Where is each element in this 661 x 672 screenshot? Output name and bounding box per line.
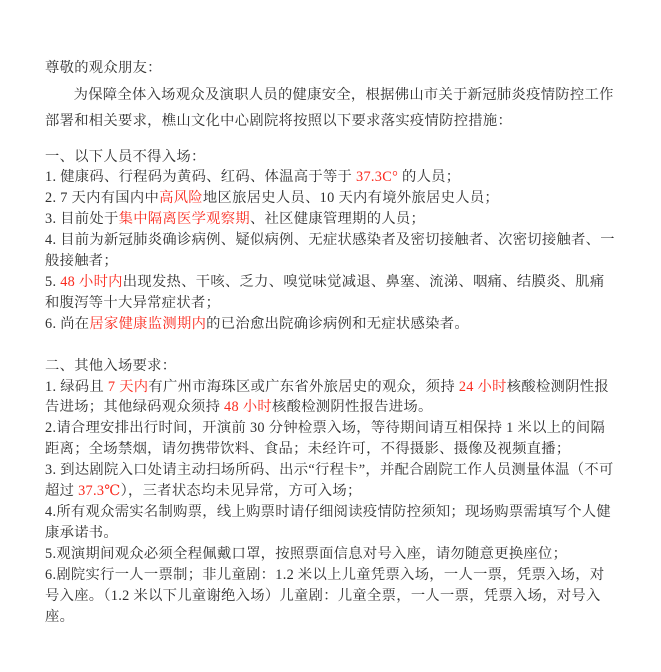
rule-text: 的已治愈出院确诊病例和无症状感染者。 [206,316,469,332]
rule-text: 5.观演期间观众必须全程佩戴口罩，按照票面信息对号入座，请勿随意更换座位； [45,546,567,562]
intro-block: 尊敬的观众朋友： 为保障全体入场观众及演职人员的健康安全，根据佛山市关于新冠肺炎… [45,55,619,135]
highlight-quarantine-observation: 集中隔离医学观察期 [119,211,250,227]
highlight-24-hours: 24 小时 [459,379,507,395]
section-1-item-4: 4. 目前为新冠肺炎确诊病例、疑似病例、无症状感染者及密切接触者、次密切接触者、… [45,230,619,272]
rule-text: 出现发热、干咳、乏力、嗅觉味觉减退、鼻塞、流涕、咽痛、结膜炎、肌痛和腹泻等十大异… [45,274,604,311]
section-2-item-2: 2.请合理安排出行时间，开演前 30 分钟检票入场，等待期间请互相保持 1 米以… [45,418,619,460]
section-1-prohibited-entry: 一、以下人员不得入场： 1. 健康码、行程码为黄码、红码、体温高于等于 37.3… [45,147,619,335]
rule-text: 、社区健康管理期的人员； [250,211,425,227]
rule-text: 6.剧院实行一人一票制；非儿童剧：1.2 米以上儿童凭票入场，一人一票，凭票入场… [45,567,604,625]
rule-text: 的人员； [398,169,460,185]
section-2-heading-text: 二、其他入场要求： [45,358,176,374]
section-1-heading: 一、以下人员不得入场： [45,147,619,168]
rule-text: 2. 7 天内有国内中 [45,190,159,206]
section-2-item-1: 1. 绿码且 7 天内有广州市海珠区或广东省外旅居史的观众，须持 24 小时核酸… [45,377,619,419]
section-2-item-3: 3. 到达剧院入口处请主动扫场所码、出示“行程卡”，并配合剧院工作人员测量体温（… [45,460,619,502]
intro-paragraph: 为保障全体入场观众及演职人员的健康安全，根据佛山市关于新冠肺炎疫情防控工作部署和… [45,82,619,135]
section-2-heading: 二、其他入场要求： [45,356,619,377]
highlight-temperature-limit: 37.3C° [356,169,398,185]
rule-text: 5. [45,274,60,290]
section-1-item-5: 5. 48 小时内出现发热、干咳、乏力、嗅觉味觉减退、鼻塞、流涕、咽痛、结膜炎、… [45,272,619,314]
section-2-item-5: 5.观演期间观众必须全程佩戴口罩，按照票面信息对号入座，请勿随意更换座位； [45,544,619,565]
rule-text: 3. 目前处于 [45,211,119,227]
highlight-home-health-monitoring: 居家健康监测期内 [89,316,206,332]
rule-text: 核酸检测阴性报告进场。 [272,399,433,415]
greeting-text: 尊敬的观众朋友： [45,60,162,76]
highlight-48-hours: 48 小时 [224,399,272,415]
rule-text: 2.请合理安排出行时间，开演前 30 分钟检票入场，等待期间请互相保持 1 米以… [45,420,605,457]
section-1-item-1: 1. 健康码、行程码为黄码、红码、体温高于等于 37.3C° 的人员； [45,167,619,188]
section-2-item-4: 4.所有观众需实名制购票，线上购票时请仔细阅读疫情防控须知；现场购票需填写个人健… [45,502,619,544]
rule-text: ），三者状态均未见异常，方可入场； [121,483,362,499]
rule-text: 地区旅居史人员、10 天内有境外旅居史人员； [203,190,499,206]
section-1-item-3: 3. 目前处于集中隔离医学观察期、社区健康管理期的人员； [45,209,619,230]
highlight-high-risk: 高风险 [159,190,203,206]
rule-text: 4.所有观众需实名制购票，线上购票时请仔细阅读疫情防控须知；现场购票需填写个人健… [45,504,611,541]
intro-text: 为保障全体入场观众及演职人员的健康安全，根据佛山市关于新冠肺炎疫情防控工作部署和… [45,87,614,130]
highlight-7-days: 7 天内 [108,379,149,395]
highlight-48-hours: 48 小时内 [60,274,123,290]
section-1-item-2: 2. 7 天内有国内中高风险地区旅居史人员、10 天内有境外旅居史人员； [45,188,619,209]
rule-text: 有广州市海珠区或广东省外旅居史的观众，须持 [148,379,458,395]
highlight-temperature-limit: 37.3℃ [78,483,121,499]
rule-text: 4. 目前为新冠肺炎确诊病例、疑似病例、无症状感染者及密切接触者、次密切接触者、… [45,232,615,269]
rule-text: 1. 健康码、行程码为黄码、红码、体温高于等于 [45,169,356,185]
section-divider-space [45,335,619,356]
section-2-item-6: 6.剧院实行一人一票制；非儿童剧：1.2 米以上儿童凭票入场，一人一票，凭票入场… [45,565,619,628]
greeting-line: 尊敬的观众朋友： [45,55,619,82]
section-1-heading-text: 一、以下人员不得入场： [45,149,206,165]
section-2-other-requirements: 二、其他入场要求： 1. 绿码且 7 天内有广州市海珠区或广东省外旅居史的观众，… [45,356,619,628]
rule-text: 6. 尚在 [45,316,89,332]
notice-document-page: 尊敬的观众朋友： 为保障全体入场观众及演职人员的健康安全，根据佛山市关于新冠肺炎… [0,0,661,672]
rule-text: 1. 绿码且 [45,379,108,395]
section-1-item-6: 6. 尚在居家健康监测期内的已治愈出院确诊病例和无症状感染者。 [45,314,619,335]
